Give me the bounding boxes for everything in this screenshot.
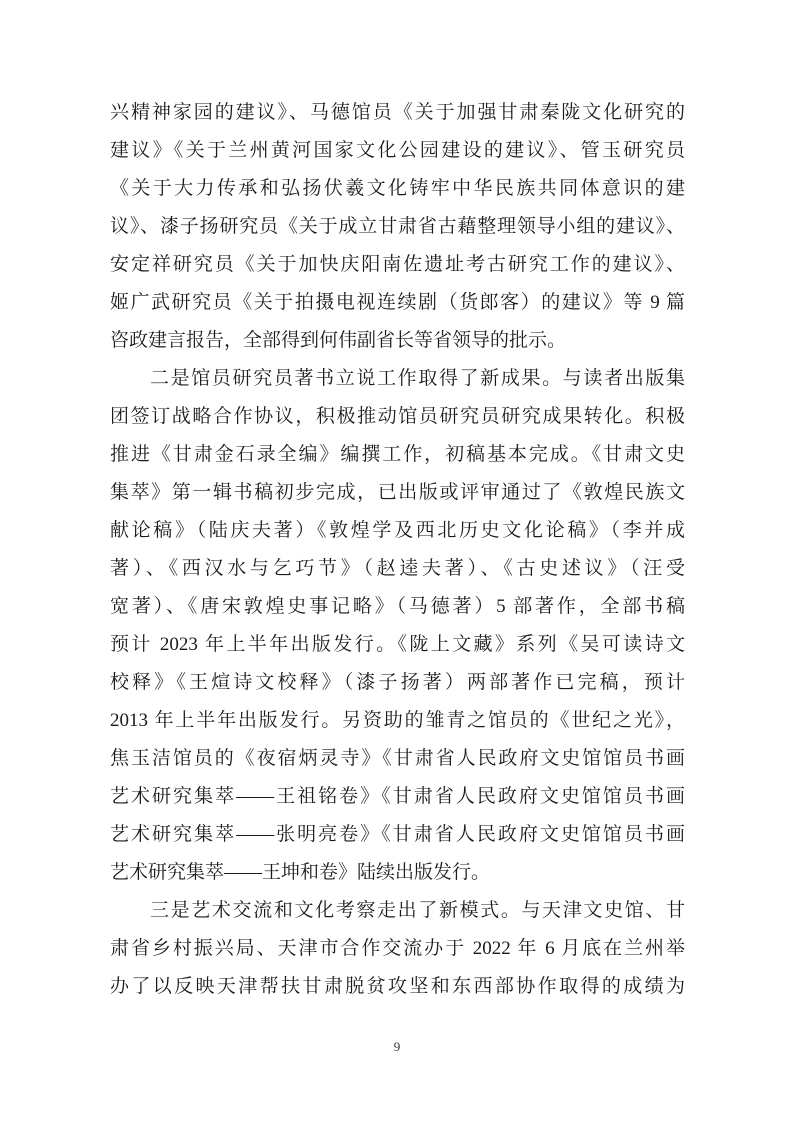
text-line: 办了以反映天津帮扶甘肃脱贫攻坚和东西部协作取得的成绩为	[110, 968, 685, 1006]
text-line: 安定祥研究员《关于加快庆阳南佐遗址考古研究工作的建议》、	[110, 246, 685, 284]
text-line: 焦玉洁馆员的《夜宿炳灵寺》《甘肃省人民政府文史馆馆员书画	[110, 740, 685, 778]
page-footer: 9	[0, 1038, 794, 1056]
text-line: 咨政建言报告，全部得到何伟副省长等省领导的批示。	[110, 322, 685, 360]
text-line: 三是艺术交流和文化考察走出了新模式。与天津文史馆、甘	[110, 892, 685, 930]
text-line: 艺术研究集萃——王祖铭卷》《甘肃省人民政府文史馆馆员书画	[110, 778, 685, 816]
text-line: 献论稿》（陆庆夫著）《敦煌学及西北历史文化论稿》（李并成	[110, 512, 685, 550]
paragraph-art-exchange: 三是艺术交流和文化考察走出了新模式。与天津文史馆、甘 肃省乡村振兴局、天津市合作…	[110, 892, 685, 1006]
text-line: 艺术研究集萃——王坤和卷》陆续出版发行。	[110, 854, 685, 892]
text-line: 集萃》第一辑书稿初步完成，已出版或评审通过了《敦煌民族文	[110, 474, 685, 512]
page-number: 9	[394, 1039, 401, 1054]
text-line: 校释》《王煊诗文校释》（漆子扬著）两部著作已完稿，预计	[110, 664, 685, 702]
text-line: 2013 年上半年出版发行。另资助的雏青之馆员的《世纪之光》，	[110, 702, 685, 740]
text-line: 宽著）、《唐宋敦煌史事记略》（马德著）5 部著作，全部书稿	[110, 588, 685, 626]
text-line: 著）、《西汉水与乞巧节》（赵逵夫著）、《古史述议》（汪受	[110, 550, 685, 588]
text-line: 姬广武研究员《关于拍摄电视连续剧（货郎客）的建议》等 9 篇	[110, 284, 685, 322]
text-line: 建议》《关于兰州黄河国家文化公园建设的建议》、管玉研究员	[110, 132, 685, 170]
text-line: 团签订战略合作协议，积极推动馆员研究员研究成果转化。积极	[110, 398, 685, 436]
text-line: 肃省乡村振兴局、天津市合作交流办于 2022 年 6 月底在兰州举	[110, 930, 685, 968]
text-line: 《关于大力传承和弘扬伏羲文化铸牢中华民族共同体意识的建	[110, 170, 685, 208]
paragraph-advisory-reports: 兴精神家园的建议》、马德馆员《关于加强甘肃秦陇文化研究的 建议》《关于兰州黄河国…	[110, 94, 685, 360]
text-line: 艺术研究集萃——张明亮卷》《甘肃省人民政府文史馆馆员书画	[110, 816, 685, 854]
text-block: 兴精神家园的建议》、马德馆员《关于加强甘肃秦陇文化研究的 建议》《关于兰州黄河国…	[110, 94, 685, 1006]
text-line: 推进《甘肃金石录全编》编撰工作，初稿基本完成。《甘肃文史	[110, 436, 685, 474]
text-line: 议》、漆子扬研究员《关于成立甘肃省古藉整理领导小组的建议》、	[110, 208, 685, 246]
text-line: 预计 2023 年上半年出版发行。《陇上文藏》系列《吴可读诗文	[110, 626, 685, 664]
paragraph-publications: 二是馆员研究员著书立说工作取得了新成果。与读者出版集 团签订战略合作协议，积极推…	[110, 360, 685, 892]
text-line: 二是馆员研究员著书立说工作取得了新成果。与读者出版集	[110, 360, 685, 398]
document-page: 兴精神家园的建议》、马德馆员《关于加强甘肃秦陇文化研究的 建议》《关于兰州黄河国…	[0, 0, 794, 1123]
text-line: 兴精神家园的建议》、马德馆员《关于加强甘肃秦陇文化研究的	[110, 94, 685, 132]
